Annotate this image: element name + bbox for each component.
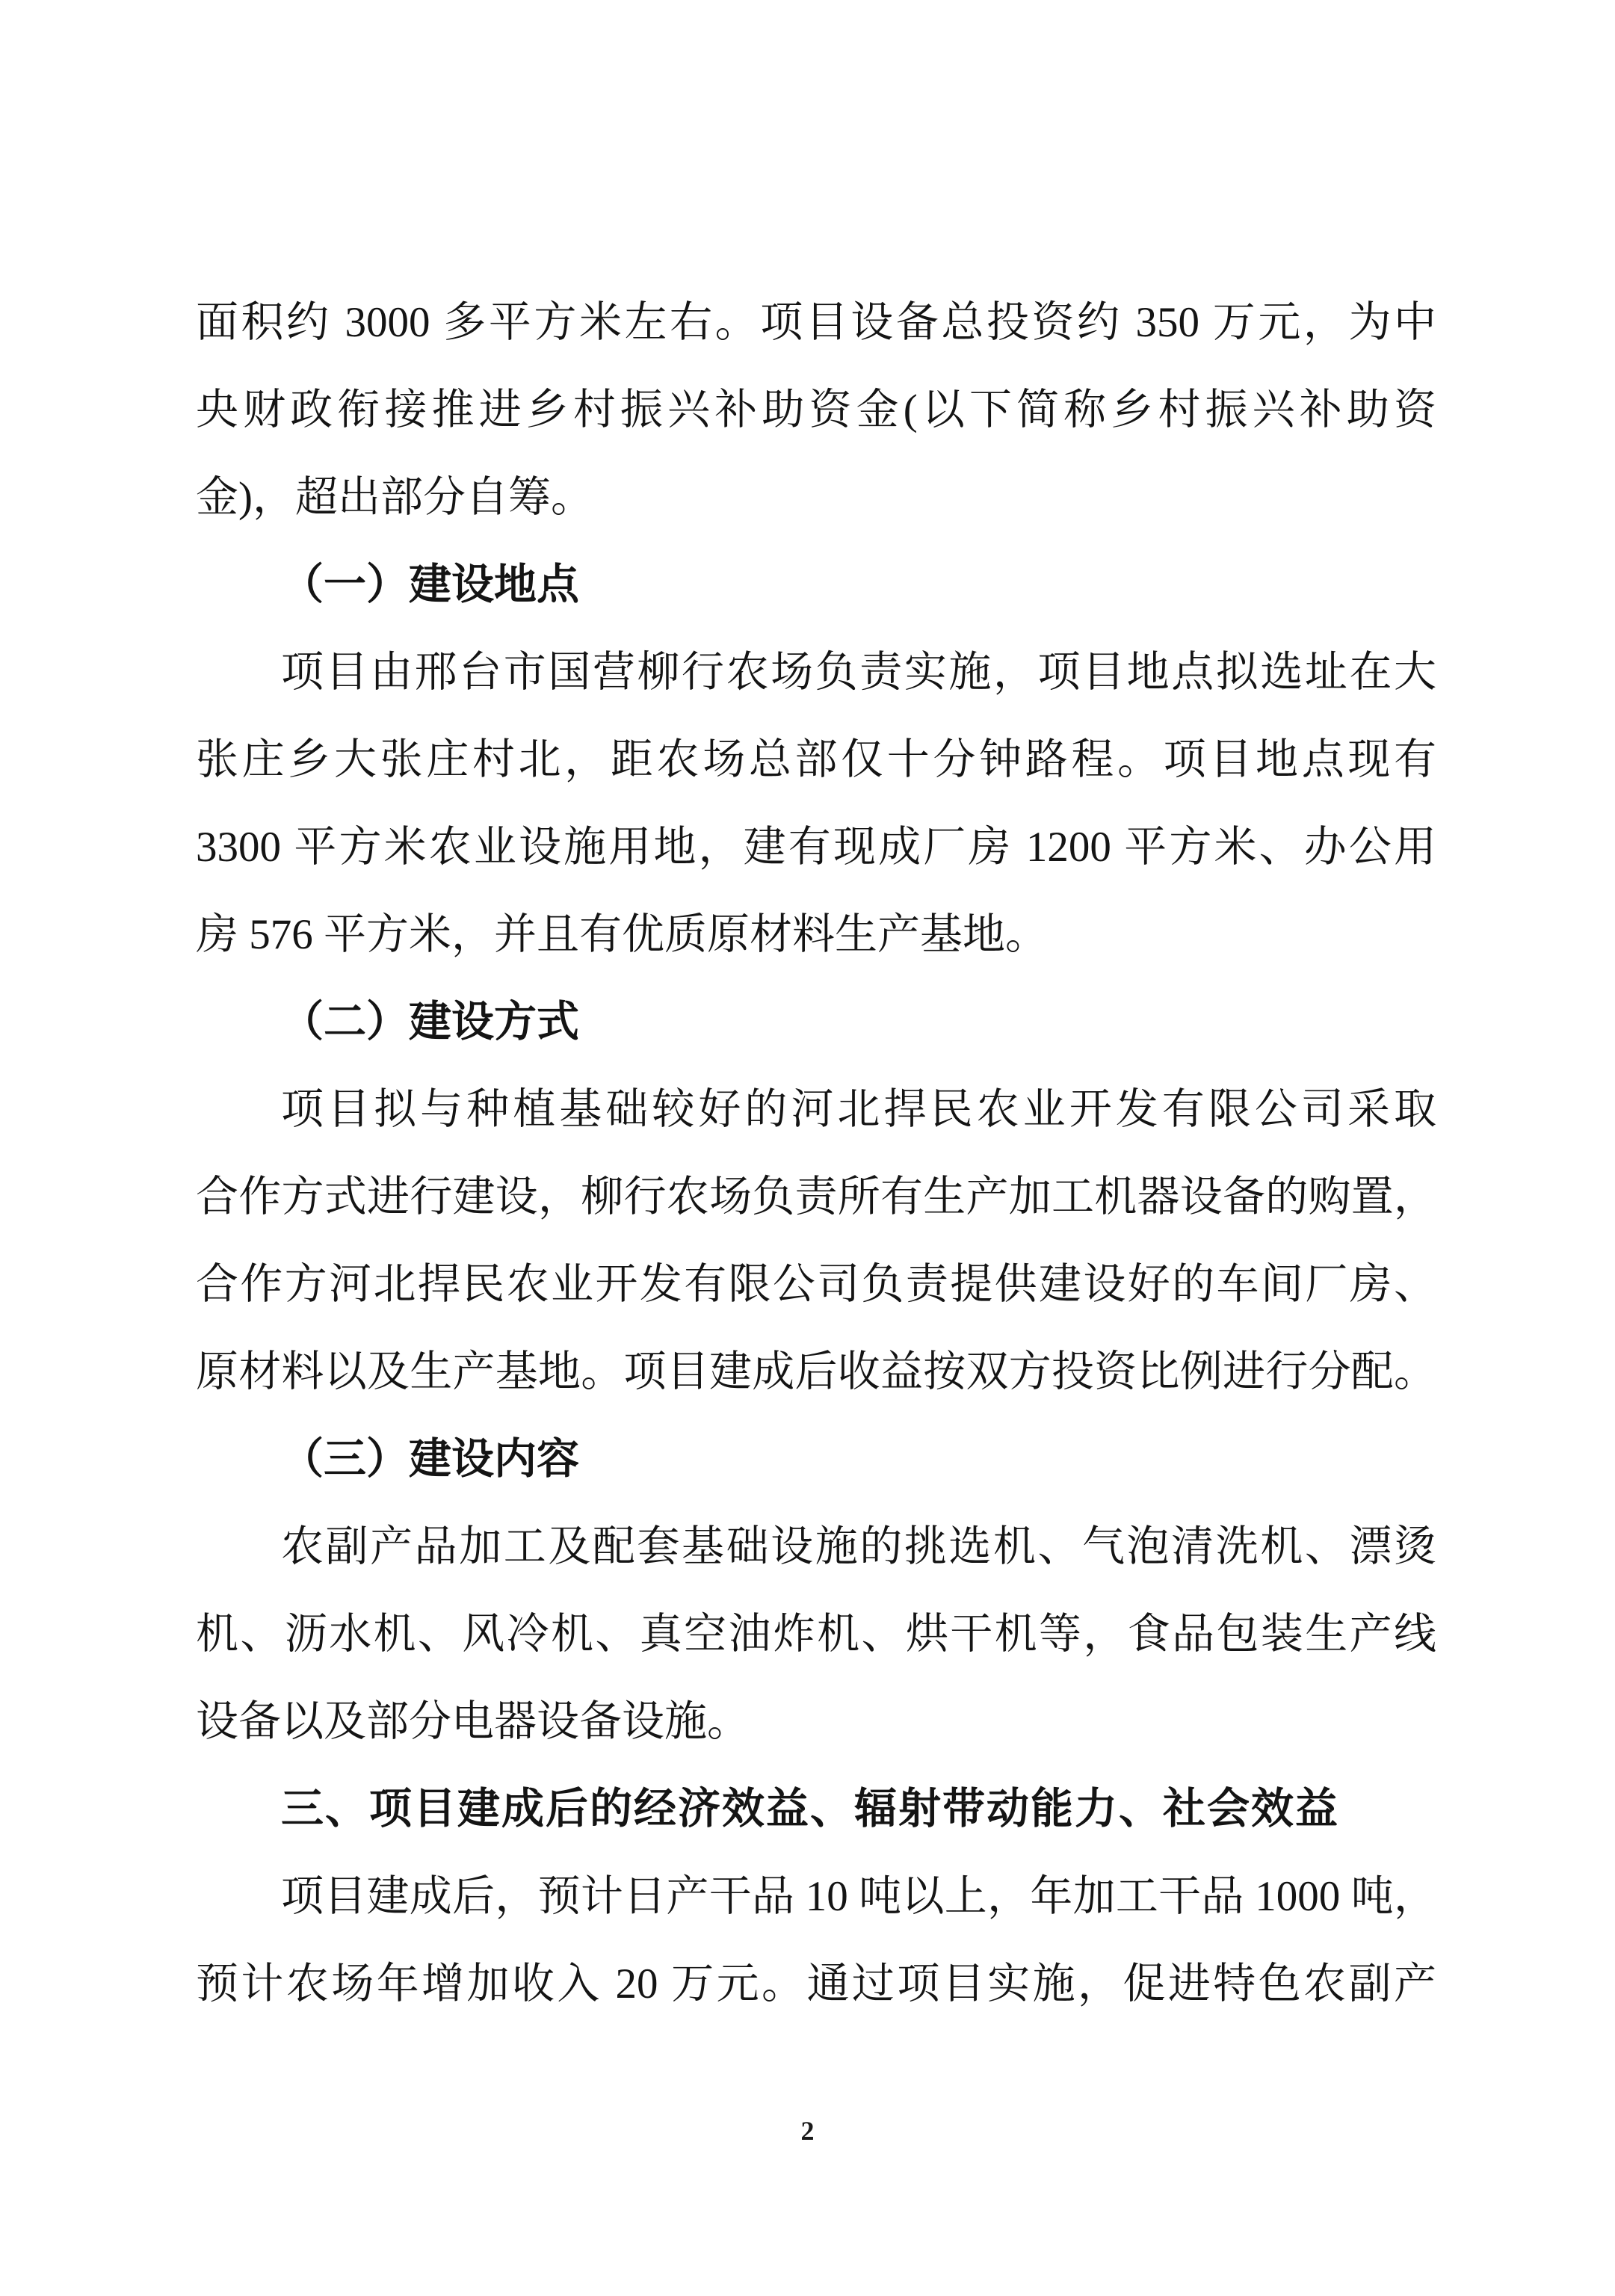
text-line: 预计农场年增加收入 20 万元。通过项目实施，促进特色农副产	[196, 1940, 1436, 2028]
text-block: 面积约 3000 多平方米左右。项目设备总投资约 350 万元，为中 央财政衔接…	[196, 279, 1436, 2028]
sub-heading-line: （一）建设地点	[196, 541, 1436, 629]
text-line: 面积约 3000 多平方米左右。项目设备总投资约 350 万元，为中	[196, 279, 1436, 366]
sub-heading-line: （三）建设内容	[196, 1416, 1436, 1503]
text-line: 机、沥水机、风冷机、真空油炸机、烘干机等，食品包装生产线	[196, 1590, 1436, 1678]
text-line: 项目拟与种植基础较好的河北捍民农业开发有限公司采取	[196, 1066, 1436, 1153]
text-line: 合作方式进行建设，柳行农场负责所有生产加工机器设备的购置，	[196, 1153, 1436, 1241]
sub-heading-line: （二）建设方式	[196, 978, 1436, 1066]
document-page: 面积约 3000 多平方米左右。项目设备总投资约 350 万元，为中 央财政衔接…	[0, 0, 1615, 2296]
text-line: 设备以及部分电器设备设施。	[196, 1678, 1436, 1765]
text-line: 3300 平方米农业设施用地，建有现成厂房 1200 平方米、办公用	[196, 803, 1436, 891]
text-line: 金)，超出部分自筹。	[196, 454, 1436, 541]
page-number: 2	[0, 2112, 1615, 2150]
text-line: 合作方河北捍民农业开发有限公司负责提供建设好的车间厂房、	[196, 1241, 1436, 1328]
text-line: 房 576 平方米，并且有优质原材料生产基地。	[196, 891, 1436, 978]
text-line: 项目建成后，预计日产干品 10 吨以上，年加工干品 1000 吨，	[196, 1853, 1436, 1940]
text-line: 项目由邢台市国营柳行农场负责实施，项目地点拟选址在大	[196, 629, 1436, 716]
text-line: 原材料以及生产基地。项目建成后收益按双方投资比例进行分配。	[196, 1328, 1436, 1416]
text-line: 央财政衔接推进乡村振兴补助资金(以下简称乡村振兴补助资	[196, 366, 1436, 454]
section-heading-line: 三、项目建成后的经济效益、辐射带动能力、社会效益	[196, 1765, 1436, 1853]
text-line: 农副产品加工及配套基础设施的挑选机、气泡清洗机、漂烫	[196, 1503, 1436, 1590]
text-line: 张庄乡大张庄村北，距农场总部仅十分钟路程。项目地点现有	[196, 716, 1436, 803]
